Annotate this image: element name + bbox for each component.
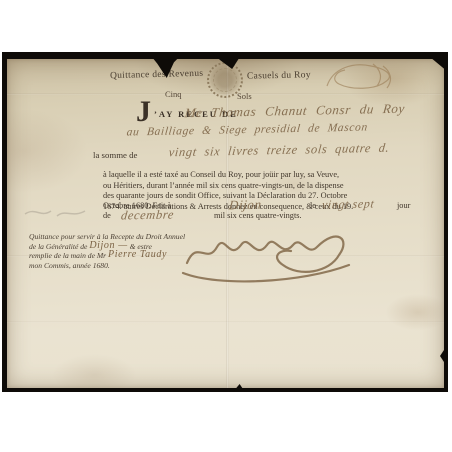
year-words-label: mil six cens quatre-vingts. xyxy=(214,211,302,220)
faint-ink-marks xyxy=(21,201,91,223)
handwritten-day: vingt sept xyxy=(321,196,375,212)
le-label: le xyxy=(310,201,316,210)
sum-label: la somme de xyxy=(93,150,137,160)
footnote-line-3: remplie de la main de Mr Pierre Taudy xyxy=(29,251,185,261)
document-title-right: Casuels du Roy xyxy=(247,70,311,81)
seal-inner-ring xyxy=(213,68,237,92)
stamp-fee-unit: Sols xyxy=(237,91,252,101)
footnote-line2-printed: de la Généralité de xyxy=(29,242,87,251)
paraph-flourish-icon xyxy=(323,60,401,94)
footnote-block: Quittance pour servir à la Recepte du Dr… xyxy=(29,232,185,270)
handwritten-payer-title: au Bailliage & Siege presidial de Mascon xyxy=(126,121,368,138)
parchment-sheet: Quittance des Revenus Casuels du Roy Cin… xyxy=(7,59,444,388)
dropcap-initial: J xyxy=(136,99,151,125)
de-label: de xyxy=(103,211,111,220)
stamp-fee-amount: Cinq xyxy=(165,89,182,99)
paragraph-line: à laquelle il a esté taxé au Conseil du … xyxy=(103,170,433,181)
paragraph-line: des quarante jours de sondit Office, sui… xyxy=(103,191,433,202)
handwritten-month: decembre xyxy=(120,207,175,223)
handwritten-commis-name: Pierre Taudy xyxy=(108,249,167,260)
footnote-line-4: mon Commis, année 1680. xyxy=(29,261,185,271)
handwritten-payer-name: Me Thomas Chanut Consr du Roy xyxy=(184,101,406,122)
horizontal-crease xyxy=(7,321,444,323)
jour-label: jour xyxy=(397,201,410,210)
document-title-left: Quittance des Revenus xyxy=(110,69,204,81)
signature-flourish-icon xyxy=(179,221,357,293)
handwritten-sum-amount: vingt six livres treize sols quatre d. xyxy=(168,141,390,161)
footnote-line3-printed: remplie de la main de Mr xyxy=(29,251,106,260)
document-scan: Quittance des Revenus Casuels du Roy Cin… xyxy=(2,52,448,392)
paragraph-line: ou Héritiers, durant l’année mil six cen… xyxy=(103,181,433,192)
